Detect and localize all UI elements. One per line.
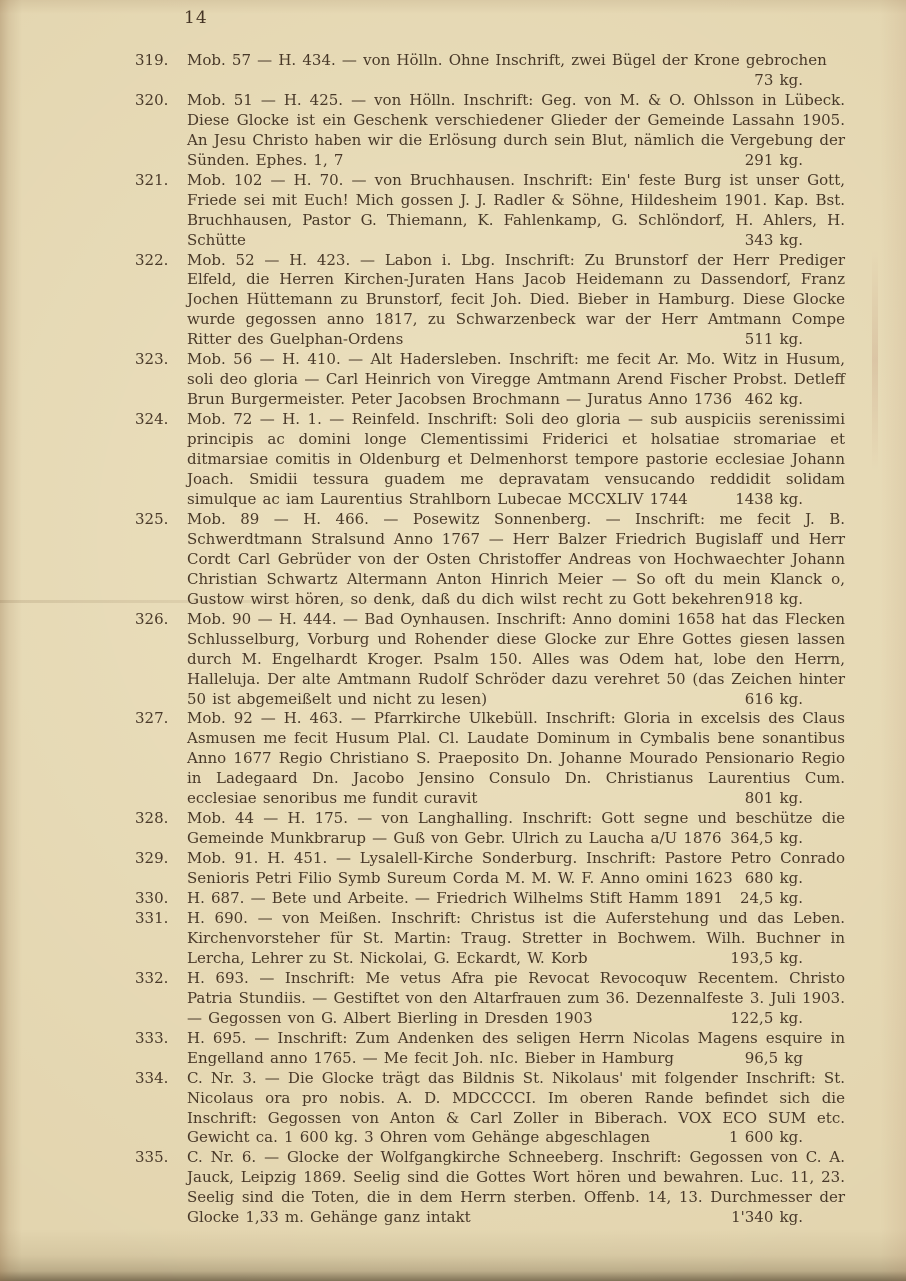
entry-weight: 511 kg. — [745, 330, 803, 350]
entry-number: 323. — [135, 350, 187, 370]
catalog-entry: 334. C. Nr. 3. — Die Glocke trägt das Bi… — [135, 1069, 845, 1149]
page-number: 14 — [184, 8, 208, 28]
scanned-document-page: 14 319. Mob. 57 — H. 434. — von Hölln. O… — [0, 0, 906, 1281]
entry-weight: 801 kg. — [745, 789, 803, 809]
entry-body: Mob. 51 — H. 425. — von Hölln. Inschrift… — [187, 91, 845, 171]
entry-body: C. Nr. 6. — Glocke der Wolfgangkirche Sc… — [187, 1148, 845, 1228]
catalog-entry: 322. Mob. 52 — H. 423. — Labon i. Lbg. I… — [135, 251, 845, 351]
catalog-entry: 332. H. 693. — Inschrift: Me vetus Afra … — [135, 969, 845, 1029]
entry-number: 332. — [135, 969, 187, 989]
entry-weight: 364,5 kg. — [730, 829, 803, 849]
catalog-entry: 327. Mob. 92 — H. 463. — Pfarrkirche Ulk… — [135, 709, 845, 809]
entry-number: 333. — [135, 1029, 187, 1049]
entry-body: Mob. 57 — H. 434. — von Hölln. Ohne Insc… — [187, 51, 845, 91]
catalog-entry: 320. Mob. 51 — H. 425. — von Hölln. Insc… — [135, 91, 845, 171]
entry-weight: 122,5 kg. — [730, 1009, 803, 1029]
entry-number: 326. — [135, 610, 187, 630]
entry-weight: 680 kg. — [745, 869, 803, 889]
catalog-entry: 333. H. 695. — Inschrift: Zum Andenken d… — [135, 1029, 845, 1069]
entry-weight: 343 kg. — [745, 231, 803, 251]
entry-body: H. 695. — Inschrift: Zum Andenken des se… — [187, 1029, 845, 1069]
entry-body: Mob. 92 — H. 463. — Pfarrkirche Ulkebüll… — [187, 709, 845, 809]
entry-number: 320. — [135, 91, 187, 111]
entry-body: Mob. 91. H. 451. — Lysalell-Kirche Sonde… — [187, 849, 845, 889]
entry-weight: 73 kg. — [754, 71, 803, 91]
entry-number: 327. — [135, 709, 187, 729]
catalog-entry: 324. Mob. 72 — H. 1. — Reinfeld. Inschri… — [135, 410, 845, 510]
catalog-entry: 321. Mob. 102 — H. 70. — von Bruchhausen… — [135, 171, 845, 251]
entry-weight: 291 kg. — [745, 151, 803, 171]
entry-number: 319. — [135, 51, 187, 71]
entry-weight: 918 kg. — [745, 590, 803, 610]
catalog-entry: 319. Mob. 57 — H. 434. — von Hölln. Ohne… — [135, 51, 845, 91]
entry-body: H. 693. — Inschrift: Me vetus Afra pie R… — [187, 969, 845, 1029]
paper-stain — [872, 250, 878, 470]
entry-body: H. 690. — von Meißen. Inschrift: Christu… — [187, 909, 845, 969]
entry-weight: 1'340 kg. — [731, 1208, 803, 1228]
entry-number: 325. — [135, 510, 187, 530]
entry-weight: 193,5 kg. — [730, 949, 803, 969]
entry-weight: 462 kg. — [745, 390, 803, 410]
entry-number: 329. — [135, 849, 187, 869]
entry-weight: 96,5 kg — [745, 1049, 803, 1069]
catalog-entry: 328. Mob. 44 — H. 175. — von Langhalling… — [135, 809, 845, 849]
entry-number: 335. — [135, 1148, 187, 1168]
entry-body: Mob. 72 — H. 1. — Reinfeld. Inschrift: S… — [187, 410, 845, 510]
entry-body: Mob. 89 — H. 466. — Posewitz Sonnenberg.… — [187, 510, 845, 610]
entry-body: Mob. 56 — H. 410. — Alt Hadersleben. Ins… — [187, 350, 845, 410]
entry-number: 321. — [135, 171, 187, 191]
entry-body: C. Nr. 3. — Die Glocke trägt das Bildnis… — [187, 1069, 845, 1149]
catalog-entry: 331. H. 690. — von Meißen. Inschrift: Ch… — [135, 909, 845, 969]
entry-weight: 1 600 kg. — [729, 1128, 803, 1148]
entry-number: 334. — [135, 1069, 187, 1089]
entry-number: 322. — [135, 251, 187, 271]
entry-body: Mob. 102 — H. 70. — von Bruchhausen. Ins… — [187, 171, 845, 251]
entry-weight: 1438 kg. — [735, 490, 803, 510]
entry-body: Mob. 52 — H. 423. — Labon i. Lbg. Inschr… — [187, 251, 845, 351]
catalog-entry: 335. C. Nr. 6. — Glocke der Wolfgangkirc… — [135, 1148, 845, 1228]
entry-body: Mob. 90 — H. 444. — Bad Oynhausen. Insch… — [187, 610, 845, 710]
catalog-entry: 323. Mob. 56 — H. 410. — Alt Hadersleben… — [135, 350, 845, 410]
catalog-entry: 325. Mob. 89 — H. 466. — Posewitz Sonnen… — [135, 510, 845, 610]
catalog-entry: 330. H. 687. — Bete und Arbeite. — Fried… — [135, 889, 845, 909]
entry-text: Mob. 57 — H. 434. — von Hölln. Ohne Insc… — [187, 51, 827, 69]
entry-number: 331. — [135, 909, 187, 929]
entry-body: H. 687. — Bete und Arbeite. — Friedrich … — [187, 889, 845, 909]
catalog-entry: 329. Mob. 91. H. 451. — Lysalell-Kirche … — [135, 849, 845, 889]
entry-weight: 616 kg. — [745, 690, 803, 710]
entry-text: H. 687. — Bete und Arbeite. — Friedrich … — [187, 889, 723, 907]
catalog-entry: 326. Mob. 90 — H. 444. — Bad Oynhausen. … — [135, 610, 845, 710]
entry-body: Mob. 44 — H. 175. — von Langhalling. Ins… — [187, 809, 845, 849]
entry-number: 330. — [135, 889, 187, 909]
entry-weight: 24,5 kg. — [740, 889, 803, 909]
entry-number: 324. — [135, 410, 187, 430]
bell-catalog-entry-list: 319. Mob. 57 — H. 434. — von Hölln. Ohne… — [135, 51, 845, 1228]
entry-number: 328. — [135, 809, 187, 829]
